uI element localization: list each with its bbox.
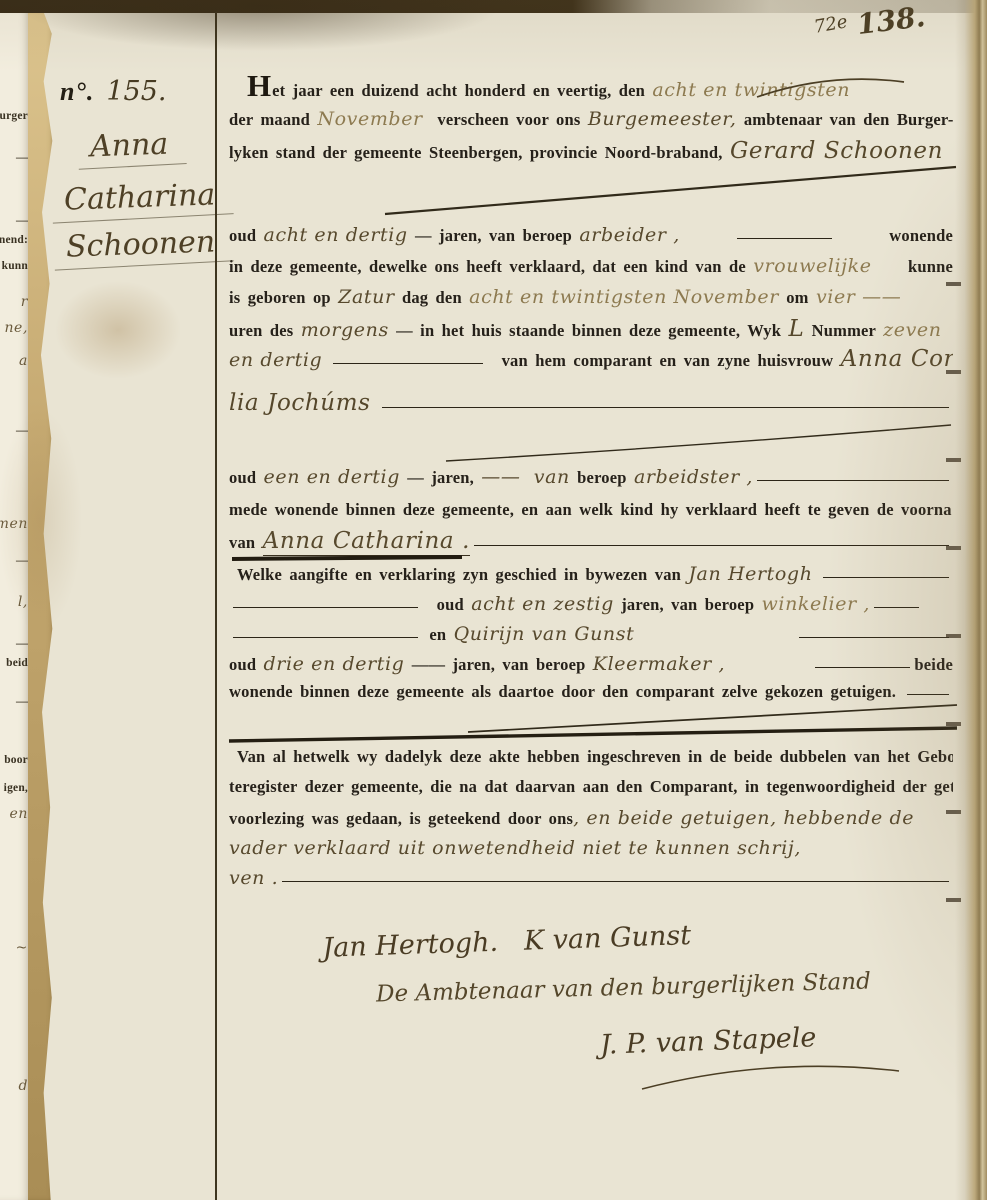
printed-text: ambtenaar van den Burger- bbox=[737, 110, 954, 130]
printed-text: beroep bbox=[570, 468, 634, 488]
form-line: en Quirijn van Gunst bbox=[229, 623, 953, 645]
ruled-blank bbox=[233, 637, 418, 638]
printed-text: lyken stand der gemeente Steenbergen, pr… bbox=[229, 143, 730, 163]
form-line: oud acht en dertig — jaren, van beroep a… bbox=[229, 224, 953, 246]
printed-text: om bbox=[779, 288, 816, 308]
printed-text: verscheen voor ons bbox=[423, 110, 588, 130]
act-number-value: 155. bbox=[106, 76, 166, 107]
printed-text: — jaren, bbox=[400, 468, 481, 488]
ruled-blank bbox=[907, 694, 949, 695]
form-line: Welke aangifte en verklaring zyn geschie… bbox=[229, 563, 953, 585]
form-line: Het jaar een duizend acht honderd en vee… bbox=[229, 76, 953, 101]
printed-text: van bbox=[229, 533, 263, 553]
margin-child-name-line3: Schoonen bbox=[65, 224, 215, 264]
printed-text: beide bbox=[914, 655, 953, 675]
signature-gap bbox=[498, 950, 524, 951]
form-line: van Anna Catharina . bbox=[229, 528, 953, 556]
form-line: ven . bbox=[229, 867, 953, 889]
handwritten-text: , en beide getuigen, hebbende de bbox=[573, 807, 914, 829]
printed-text: in deze gemeente, dewelke ons heeft verk… bbox=[229, 257, 753, 277]
ruled-blank bbox=[474, 545, 949, 546]
form-line: teregister dezer gemeente, die na dat da… bbox=[229, 777, 953, 797]
printed-text: oud bbox=[422, 595, 471, 615]
printed-text: —— jaren, van beroep bbox=[404, 655, 592, 675]
printed-text: et jaar een duizend acht honderd en veer… bbox=[272, 81, 652, 101]
ruled-blank bbox=[874, 607, 919, 608]
handwritten-text: en dertig bbox=[229, 349, 329, 371]
printed-text: mede wonende binnen deze gemeente, en aa… bbox=[229, 500, 952, 520]
handwritten-text: Gerard Schoonen bbox=[730, 138, 943, 164]
handwritten-text: arbeider , bbox=[579, 224, 679, 246]
act-number: n°. 155. bbox=[60, 76, 166, 107]
handwritten-text: morgens bbox=[301, 319, 389, 341]
handwritten-text: zeven bbox=[883, 319, 941, 341]
handwritten-text: Quirijn van Gunst bbox=[454, 623, 635, 645]
form-line: vader verklaard uit onwetendheid niet te… bbox=[229, 837, 953, 859]
handwritten-text: een en dertig bbox=[264, 466, 400, 488]
handwritten-text: vier —— bbox=[816, 286, 901, 308]
printed-text: Nummer bbox=[804, 321, 883, 341]
printed-text: wonende binnen deze gemeente als daartoe… bbox=[229, 682, 903, 702]
printed-text: — jaren, van beroep bbox=[408, 226, 580, 246]
printed-text: wonende bbox=[889, 226, 953, 246]
form-line: oud een en dertig — jaren, —— van beroep… bbox=[229, 466, 953, 488]
handwritten-text: acht en dertig bbox=[264, 224, 408, 246]
printed-text: uren des bbox=[229, 321, 301, 341]
handwritten-text: acht en zestig bbox=[471, 593, 614, 615]
folio-annotation: 72e 138. bbox=[814, 4, 925, 37]
handwritten-text: —— van bbox=[481, 466, 570, 488]
handwritten-text: Jan Hertogh bbox=[688, 563, 819, 585]
form-line: wonende binnen deze gemeente als daartoe… bbox=[229, 682, 953, 702]
folio-annotation-script: 72e bbox=[813, 11, 850, 38]
handwritten-text: November bbox=[317, 108, 422, 130]
ruled-blank bbox=[815, 667, 910, 668]
ruled-blank bbox=[799, 637, 949, 638]
form-line: lyken stand der gemeente Steenbergen, pr… bbox=[229, 138, 953, 164]
printed-text: kunne bbox=[908, 257, 953, 277]
margin-child-name-line2: Catharina bbox=[63, 177, 215, 217]
handwritten-text: Kleermaker , bbox=[593, 653, 725, 675]
handwritten-text: acht en twintigsten bbox=[652, 79, 850, 101]
ruled-blank bbox=[382, 407, 949, 408]
handwritten-text: acht en twintigsten November bbox=[469, 286, 779, 308]
form-line: is geboren op Zatur dag den acht en twin… bbox=[229, 286, 953, 308]
printed-text: oud bbox=[229, 468, 264, 488]
handwritten-text: arbeidster , bbox=[634, 466, 753, 488]
act-number-label: n°. bbox=[60, 77, 94, 106]
handwritten-text: Anna Corne, bbox=[841, 346, 953, 372]
ruled-blank bbox=[233, 607, 418, 608]
handwritten-text: winkelier , bbox=[762, 593, 871, 615]
birth-certificate-page: urger——nend:kunnrne,a—men—l,—beid—boorig… bbox=[0, 0, 987, 1200]
printed-text: Welke aangifte en verklaring zyn geschie… bbox=[237, 565, 688, 585]
printed-text: voorlezing was gedaan, is geteekend door… bbox=[229, 809, 573, 829]
printed-text: dag den bbox=[395, 288, 470, 308]
printed-text: — in het huis staande binnen deze gemeen… bbox=[389, 321, 789, 341]
ruled-blank bbox=[282, 881, 949, 882]
form-line: lia Jochúms bbox=[229, 390, 953, 416]
printed-text: is geboren op bbox=[229, 288, 338, 308]
form-line: mede wonende binnen deze gemeente, en aa… bbox=[229, 498, 953, 520]
witness2-signature: K van Gunst bbox=[523, 920, 691, 957]
printed-text: en bbox=[422, 625, 454, 645]
form-line: oud acht en zestig jaren, van beroep win… bbox=[229, 593, 953, 615]
ruled-blank bbox=[737, 238, 832, 239]
printed-text: oud bbox=[229, 655, 264, 675]
form-line: voorlezing was gedaan, is geteekend door… bbox=[229, 807, 953, 829]
handwritten-text: lia Jochúms bbox=[229, 390, 378, 416]
form-line: uren des morgens — in het huis staande b… bbox=[229, 316, 953, 342]
form-line: Van al hetwelk wy dadelyk deze akte hebb… bbox=[229, 747, 953, 767]
printed-text: Van al hetwelk wy dadelyk deze akte hebb… bbox=[237, 747, 953, 767]
handwritten-text: vader verklaard uit onwetendheid niet te… bbox=[229, 837, 801, 859]
printed-text: H bbox=[247, 76, 271, 96]
handwritten-text: Anna Catharina . bbox=[263, 528, 470, 556]
form-line: in deze gemeente, dewelke ons heeft verk… bbox=[229, 255, 953, 277]
handwritten-text: vrouwelijke bbox=[753, 255, 871, 277]
margin-child-name-line1: Anna bbox=[89, 127, 168, 165]
form-line: der maand November verscheen voor ons Bu… bbox=[229, 108, 953, 130]
handwritten-text: Burgemeester, bbox=[588, 108, 737, 130]
margin-rule-line bbox=[215, 12, 217, 1200]
handwritten-text: ven . bbox=[229, 867, 278, 889]
folio-annotation-number: 138. bbox=[855, 0, 927, 41]
form-line: oud drie en dertig —— jaren, van beroep … bbox=[229, 653, 953, 675]
printed-text: van hem comparant en van zyne huisvrouw bbox=[487, 351, 841, 371]
ruled-blank bbox=[823, 577, 949, 578]
printed-text: der maand bbox=[229, 110, 317, 130]
witness1-signature: Jan Hertogh. bbox=[322, 927, 499, 964]
handwritten-text: drie en dertig bbox=[264, 653, 405, 675]
ruled-blank bbox=[757, 480, 949, 481]
printed-text: teregister dezer gemeente, die na dat da… bbox=[229, 777, 953, 797]
handwritten-text: L bbox=[788, 316, 804, 342]
handwritten-text: men bbox=[952, 498, 953, 520]
ruled-blank bbox=[333, 363, 483, 364]
printed-text: oud bbox=[229, 226, 264, 246]
handwritten-text: Zatur bbox=[338, 286, 394, 308]
printed-text: jaren, van beroep bbox=[614, 595, 762, 615]
form-line: en dertig van hem comparant en van zyne … bbox=[229, 346, 953, 372]
